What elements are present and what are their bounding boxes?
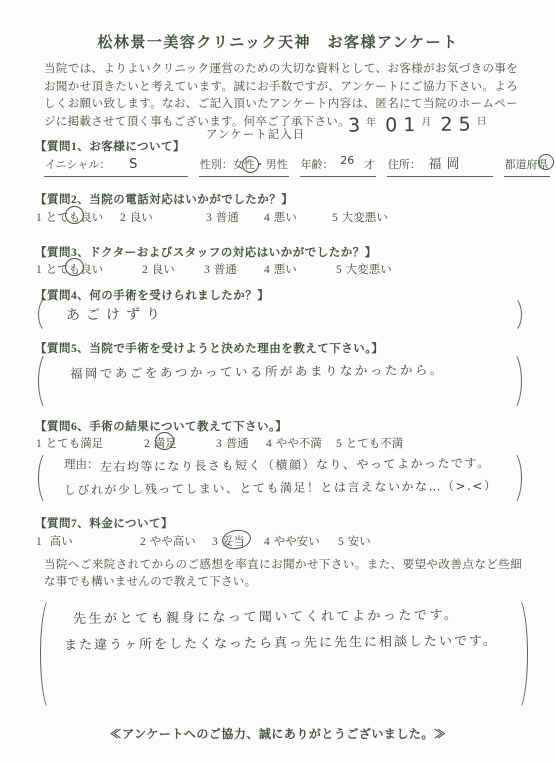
option-number: 3 [204, 264, 210, 276]
q7-option-5: 5安い [338, 533, 371, 549]
comment-line1-handwritten: 先生がとても親身になって聞いてくれてよかったです。 [73, 604, 460, 627]
option-label: やや高い [150, 536, 196, 548]
age-handwritten: 26 [340, 154, 354, 167]
date-year-value: 3 [348, 115, 366, 137]
q2-option-5: 5大変悪い [332, 209, 388, 225]
q7-option-3: 3妥当 [212, 533, 245, 549]
q1-initial-field: イニシャル： S [44, 156, 188, 177]
q5-answer-handwritten: 福岡であごをあつかっている所があまりなかったから。 [70, 360, 445, 382]
q1-gender-field: 性別：女性・男性 [199, 156, 289, 177]
address-handwritten: 福岡 [429, 157, 465, 172]
q6-option-2: 2満足 [144, 435, 177, 451]
q6-option-1: 1とても満足 [36, 435, 103, 451]
gender-female-label: 女性 [233, 159, 255, 171]
option-number: 3 [206, 212, 212, 224]
comment-line2-handwritten: また違うヶ所をしたくなったら真っ先に先生に相談したいです。 [64, 630, 498, 654]
option-label: 悪い [274, 264, 297, 276]
q6-option-5: 5とても不満 [336, 435, 403, 451]
option-number: 3 [212, 536, 218, 548]
gender-option-male: 男性 [266, 159, 288, 171]
date-handwritten: 3年 01月 25日 [348, 113, 491, 136]
option-label: 妥当 [222, 536, 245, 548]
answer-bracket-left [38, 296, 60, 333]
option-number: 1 [36, 536, 42, 548]
gender-separator: ・ [255, 159, 266, 171]
q6-heading: 【質問6、手術の結果について教えて下さい。】 [35, 418, 287, 434]
option-label: 大変悪い [342, 212, 388, 224]
q1-fields-row: イニシャル： S 性別：女性・男性 年齢： 26 才 住所： 福岡 都道府県 [44, 153, 550, 177]
option-label: 安い [348, 536, 371, 548]
option-label: 大変悪い [346, 264, 392, 276]
q5-answer-area: 福岡であごをあつかっている所があまりなかったから。 [38, 351, 522, 411]
q3-options-row: 1とても良い 2良い 3普通 4悪い 5大変悪い [36, 261, 536, 278]
q3-option-2: 2良い [142, 261, 175, 277]
footer-thanks: ≪アンケートへのご協力、誠にありがとうございました。≫ [0, 725, 556, 742]
answer-bracket-left [38, 450, 60, 506]
prefecture-suffix-label: 都道府県 [505, 159, 549, 171]
initial-handwritten: S [129, 157, 137, 172]
option-number: 2 [140, 536, 146, 548]
date-day-value: 25 [440, 113, 476, 135]
q6-reason-line2-handwritten: しびれが少し残ってしまい、とても満足！とは言えないかな…（>.<） [64, 477, 498, 499]
page-title: 松林景一美容クリニック天神 お客様アンケート [0, 31, 556, 52]
date-label: アンケート記入日 [206, 126, 305, 142]
q4-answer-area: あごけずり [38, 296, 522, 333]
q7-options-row: 1高い 2やや高い 3妥当 4やや安い 5安い [36, 533, 536, 550]
q3-option-5: 5大変悪い [336, 261, 392, 277]
date-year-unit: 年 [366, 117, 376, 128]
answer-bracket-right [506, 596, 528, 712]
option-label: やや安い [274, 536, 320, 548]
option-number: 5 [336, 438, 342, 450]
q3-option-1: 1とても良い [36, 261, 103, 277]
gender-option-female: 女性 [233, 159, 255, 171]
comment-prompt: 当院へご来院されてからのご感想を率直にお聞かせ下さい。また、要望や改善点など些細… [44, 557, 522, 591]
option-label: 満足 [154, 438, 177, 450]
q2-option-1: 1とても良い [36, 209, 103, 225]
comment-answer-area: 先生がとても親身になって聞いてくれてよかったです。 また違うヶ所をしたくなったら… [40, 596, 528, 712]
option-label: 普通 [226, 438, 249, 450]
q2-options-row: 1とても良い 2良い 3普通 4悪い 5大変悪い [36, 209, 536, 226]
answer-bracket-right [500, 450, 522, 506]
option-number: 3 [216, 438, 222, 450]
q1-address-field: 住所： 福岡 [387, 153, 493, 177]
date-month-unit: 月 [421, 117, 431, 128]
q4-answer-handwritten: あごけずり [66, 303, 166, 324]
survey-scan-page: 松林景一美容クリニック天神 お客様アンケート 当院では、よりよいクリニック運営の… [0, 0, 556, 764]
option-label: やや不満 [276, 438, 322, 450]
answer-bracket-right [500, 296, 522, 333]
option-label: 良い [152, 264, 175, 276]
q2-option-3: 3普通 [206, 209, 239, 225]
q7-heading: 【質問7、料金について】 [35, 515, 173, 531]
q7-option-1: 1高い [36, 533, 73, 549]
option-number: 5 [338, 536, 344, 548]
option-label: とても良い [46, 212, 104, 224]
option-label: 良い [130, 212, 153, 224]
option-number: 2 [144, 438, 150, 450]
q6-reason-area: 理由： 左右均等になり長さも短く（横顔）なり、やってよかったです。 しびれが少し… [38, 450, 522, 506]
option-number: 1 [36, 212, 42, 224]
option-number: 1 [36, 264, 42, 276]
q1-prefecture-suffix: 都道府県 [504, 156, 550, 177]
q6-option-3: 3普通 [216, 435, 249, 451]
option-number: 4 [264, 536, 270, 548]
q3-option-3: 3普通 [204, 261, 237, 277]
option-number: 5 [336, 264, 342, 276]
q2-option-4: 4悪い [264, 209, 297, 225]
answer-bracket-left [38, 351, 60, 411]
age-label: 年齢： [301, 159, 334, 171]
q7-option-2: 2やや高い [140, 533, 196, 549]
q3-heading: 【質問3、ドクターおよびスタッフの対応はいかがでしたか？】 [35, 244, 377, 260]
date-day-unit: 日 [477, 116, 487, 127]
gender-label: 性別： [200, 159, 233, 171]
option-number: 2 [142, 264, 148, 276]
date-month-value: 01 [385, 114, 421, 136]
age-unit: 才 [364, 159, 375, 171]
option-label: 高い [50, 536, 73, 548]
option-number: 4 [264, 264, 270, 276]
option-number: 4 [266, 438, 272, 450]
option-number: 2 [120, 212, 126, 224]
answer-bracket-right [500, 351, 522, 411]
q6-reason-line1-handwritten: 左右均等になり長さも短く（横顔）なり、やってよかったです。 [100, 454, 491, 475]
initial-label: イニシャル： [45, 159, 110, 171]
option-label: とても不満 [346, 438, 404, 450]
option-number: 5 [332, 212, 338, 224]
q1-age-field: 年齢： 26 才 [300, 156, 377, 177]
q1-heading: 【質問1、お客様について】 [35, 138, 185, 154]
q3-option-4: 4悪い [264, 261, 297, 277]
option-label: 普通 [214, 264, 237, 276]
q7-option-4: 4やや安い [264, 533, 320, 549]
answer-bracket-left [40, 596, 62, 712]
option-label: とても満足 [46, 438, 104, 450]
option-label: 普通 [216, 212, 239, 224]
q2-heading: 【質問2、当院の電話対応はいかがでしたか？】 [35, 191, 293, 207]
reason-label: 理由： [64, 456, 99, 472]
q6-option-4: 4やや不満 [266, 435, 322, 451]
q2-option-2: 2良い [120, 209, 153, 225]
option-label: 悪い [274, 212, 297, 224]
address-label: 住所： [388, 159, 421, 171]
option-number: 4 [264, 212, 270, 224]
option-label: とても良い [46, 264, 104, 276]
option-number: 1 [36, 438, 42, 450]
